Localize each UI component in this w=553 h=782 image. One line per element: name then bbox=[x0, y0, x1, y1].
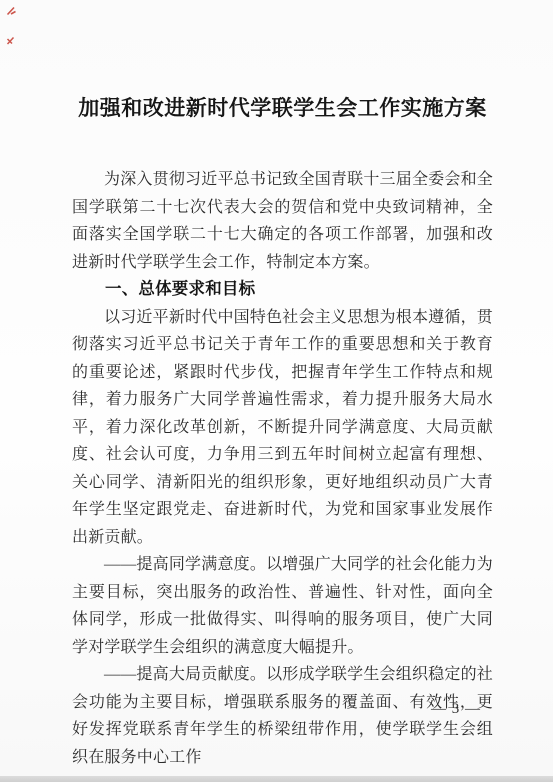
document-body: 为深入贯彻习近平总书记致全国青联十三届全委会和全国学联第二十七次代表大会的贺信和… bbox=[72, 166, 493, 771]
scan-bottom-edge bbox=[0, 776, 553, 782]
body-paragraph: ——提高同学满意度。以增强广大同学的社会化能力为主要目标，突出服务的政治性、普遍… bbox=[72, 551, 493, 661]
scanned-document-page: 加强和改进新时代学联学生会工作实施方案 为深入贯彻习近平总书记致全国青联十三届全… bbox=[0, 0, 553, 782]
red-ink-mark-icon bbox=[6, 5, 18, 17]
document-title: 加强和改进新时代学联学生会工作实施方案 bbox=[72, 92, 493, 124]
section-heading: 一、总体要求和目标 bbox=[72, 276, 493, 304]
red-ink-mark-icon bbox=[6, 36, 16, 46]
page-number: — 3 — bbox=[431, 701, 481, 718]
body-paragraph: 为深入贯彻习近平总书记致全国青联十三届全委会和全国学联第二十七次代表大会的贺信和… bbox=[72, 166, 493, 276]
body-paragraph: 以习近平新时代中国特色社会主义思想为根本遵循，贯彻落实习近平总书记关于青年工作的… bbox=[72, 304, 493, 552]
document-content: 加强和改进新时代学联学生会工作实施方案 为深入贯彻习近平总书记致全国青联十三届全… bbox=[72, 92, 493, 771]
body-paragraph: ——提高大局贡献度。以形成学联学生会组织稳定的社会功能为主要目标，增强联系服务的… bbox=[72, 661, 493, 771]
